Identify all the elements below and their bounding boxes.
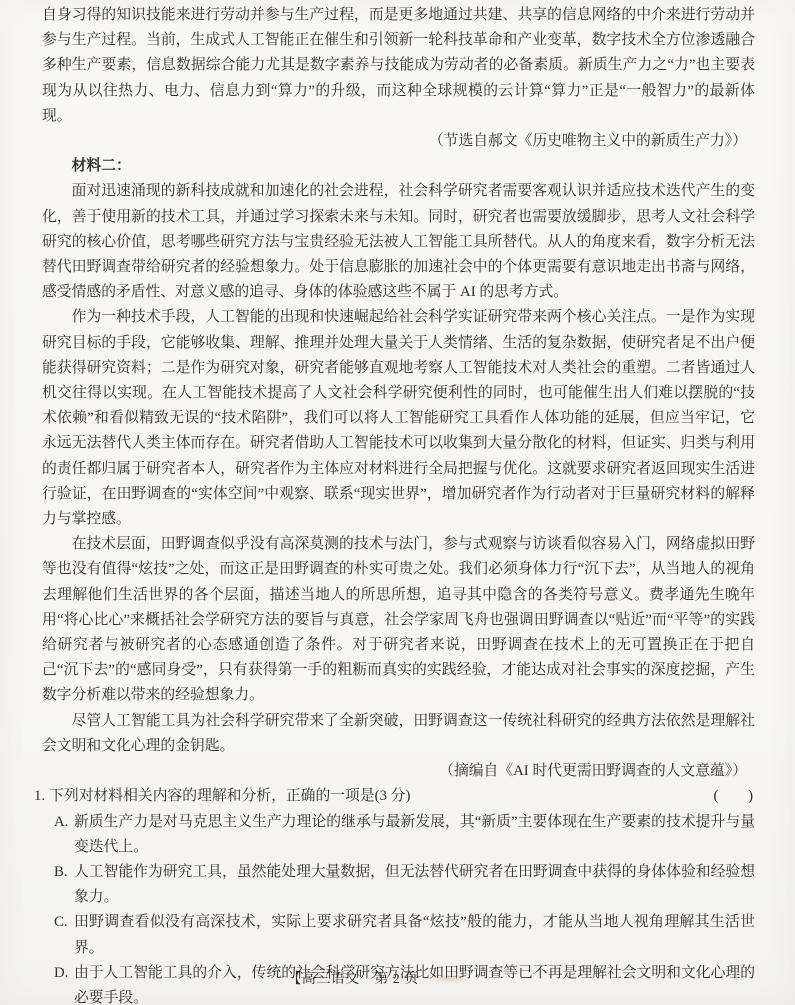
reading-passage: 自身习得的知识技能来进行劳动并参与生产过程，而是更多地通过共建、共享的信息网络的… — [42, 3, 755, 784]
material-two-heading: 材料二： — [42, 154, 755, 179]
material-one-attribution: （节选自郝文《历史唯物主义中的新质生产力》） — [42, 129, 755, 154]
material-two-paragraph-4: 尽管人工智能工具为社会科学研究带来了全新突破，田野调查这一传统社科研究的经典方法… — [42, 709, 755, 759]
page-footer: 【高三语文 第 2 页 — [0, 971, 781, 989]
option-b: B. 人工智能作为研究工具，虽然能处理大量数据，但无法替代研究者在田野调查中获得… — [54, 860, 755, 910]
material-two-attribution: （摘编自《AI 时代更需田野调查的人文意蕴》） — [42, 759, 755, 784]
option-c: C. 田野调查看似没有高深技术，实际上要求研究者具备“炫技”般的能力，才能从当地… — [54, 910, 755, 960]
question-1-stem: 下列对材料相关内容的理解和分析，正确的一项是(3 分) — [49, 784, 713, 809]
page-footer-label: 【高三语文 第 2 页 — [287, 972, 419, 987]
option-b-text: 人工智能作为研究工具，虽然能处理大量数据，但无法替代研究者在田野调查中获得的身体… — [74, 860, 755, 910]
scan-smudge — [422, 972, 480, 985]
option-c-text: 田野调查看似没有高深技术，实际上要求研究者具备“炫技”般的能力，才能从当地人视角… — [74, 910, 755, 960]
material-two-paragraph-2: 作为一种技术手段，人工智能的出现和快速崛起给社会科学实证研究带来两个核心关注点。… — [42, 305, 755, 532]
exam-page: 自身习得的知识技能来进行劳动并参与生产过程，而是更多地通过共建、共享的信息网络的… — [0, 0, 795, 1005]
option-a-label: A. — [54, 810, 74, 835]
question-1-number: 1. — [34, 784, 49, 809]
option-c-label: C. — [54, 910, 74, 935]
material-two-paragraph-1: 面对迅速涌现的新科技成就和加速化的社会进程，社会科学研究者需要客观认识并适应技术… — [42, 179, 755, 305]
material-two-paragraph-3: 在技术层面，田野调查似乎没有高深莫测的技术与法门，参与式观察与访谈看似容易入门，… — [42, 532, 755, 708]
option-b-label: B. — [54, 860, 74, 885]
question-1-stem-line: 1. 下列对材料相关内容的理解和分析，正确的一项是(3 分) ( ) — [34, 784, 755, 809]
material-one-continuation-paragraph: 自身习得的知识技能来进行劳动并参与生产过程，而是更多地通过共建、共享的信息网络的… — [42, 3, 755, 129]
answer-blank: ( ) — [714, 784, 755, 809]
option-a-text: 新质生产力是对马克思主义生产力理论的继承与最新发展，其“新质”主要体现在生产要素… — [74, 810, 755, 860]
option-a: A. 新质生产力是对马克思主义生产力理论的继承与最新发展，其“新质”主要体现在生… — [54, 810, 755, 860]
